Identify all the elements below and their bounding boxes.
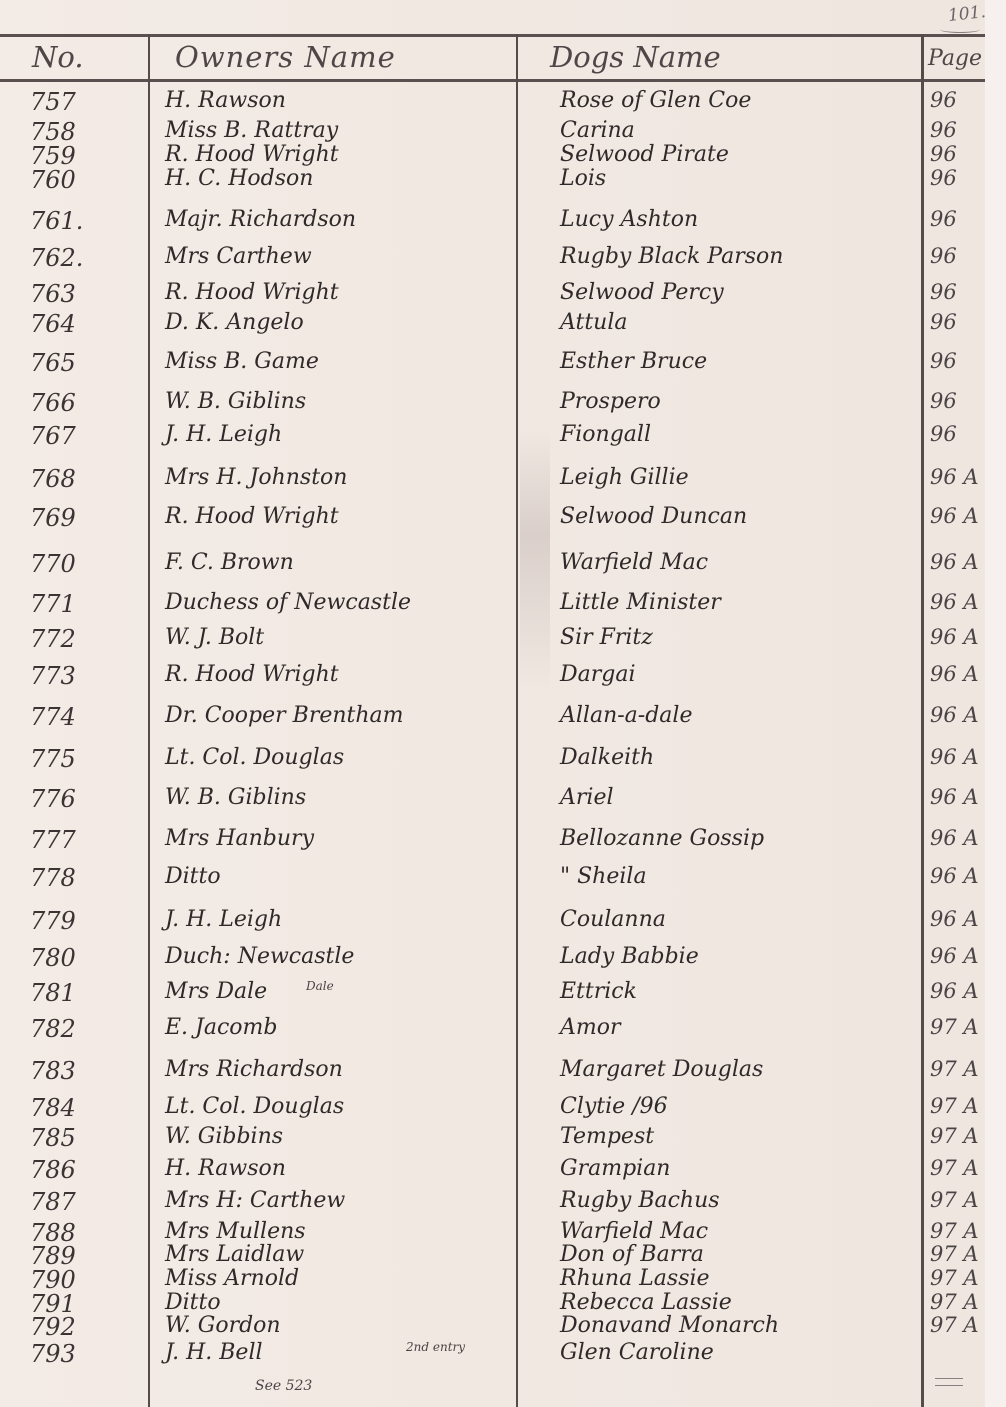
page-reference: 96 xyxy=(930,166,957,190)
ledger-row: 767J. H. LeighFiongall96 xyxy=(0,422,985,452)
dog-name: Warfield Mac xyxy=(560,550,708,575)
dog-name: Bellozanne Gossip xyxy=(560,826,764,851)
dog-name: Rugby Black Parson xyxy=(560,244,783,269)
owner-name: W. J. Bolt xyxy=(165,625,264,650)
owner-name: Ditto xyxy=(165,864,221,889)
page-reference: 97 A xyxy=(930,1015,979,1039)
owner-name: Mrs Carthew xyxy=(165,244,312,269)
entry-number: 767 xyxy=(30,422,76,450)
ledger-row: 769R. Hood WrightSelwood Duncan96 A xyxy=(0,504,985,534)
owner-name: D. K. Angelo xyxy=(165,310,304,335)
page-reference: 96 xyxy=(930,142,957,166)
column-header-no: No. xyxy=(32,40,84,78)
owner-name: J. H. Leigh xyxy=(165,907,282,932)
page-reference: 97 A xyxy=(930,1313,979,1337)
dog-name: Allan-a-dale xyxy=(560,703,692,728)
entry-number: 787 xyxy=(30,1188,76,1216)
ledger-row: 777Mrs HanburyBellozanne Gossip96 A xyxy=(0,826,985,856)
page-reference: 97 A xyxy=(930,1242,979,1266)
owner-name: W. Gordon xyxy=(165,1313,281,1338)
entry-number: 757 xyxy=(30,88,76,116)
dog-name: Little Minister xyxy=(560,590,721,615)
owner-name: Miss B. Rattray xyxy=(165,118,338,143)
column-header-dog: Dogs Name xyxy=(550,40,721,78)
owner-name: R. Hood Wright xyxy=(165,504,339,529)
entry-number: 776 xyxy=(30,785,76,813)
owner-name: Lt. Col. Douglas xyxy=(165,1094,344,1119)
dog-name: Tempest xyxy=(560,1124,654,1149)
ledger-row: 765Miss B. GameEsther Bruce96 xyxy=(0,349,985,379)
page-reference: 96 A xyxy=(930,745,979,769)
dog-name: Selwood Pirate xyxy=(560,142,729,167)
owner-name: E. Jacomb xyxy=(165,1015,278,1040)
ledger-row: 766W. B. GiblinsProspero96 xyxy=(0,389,985,419)
owner-name: H. Rawson xyxy=(165,1156,286,1181)
page-reference: 97 A xyxy=(930,1290,979,1314)
owner-annotation: 2nd entry xyxy=(406,1340,465,1354)
owner-name: Mrs H: Carthew xyxy=(165,1188,345,1213)
dog-name: Rugby Bachus xyxy=(560,1188,720,1213)
owner-name: R. Hood Wright xyxy=(165,662,339,687)
owner-name: Mrs Richardson xyxy=(165,1057,343,1082)
page-reference: 96 A xyxy=(930,590,979,614)
dog-name: Selwood Percy xyxy=(560,280,724,305)
owner-name: R. Hood Wright xyxy=(165,280,339,305)
owner-name: J. H. Bell xyxy=(165,1340,263,1365)
owner-name: H. C. Hodson xyxy=(165,166,313,191)
dog-name: Don of Barra xyxy=(560,1242,704,1267)
owner-name: F. C. Brown xyxy=(165,550,294,575)
dog-name: Attula xyxy=(560,310,628,335)
owner-name: Mrs Hanbury xyxy=(165,826,314,851)
entry-number: 781 xyxy=(30,979,76,1007)
dog-name: Dargai xyxy=(560,662,636,687)
dog-name: Selwood Duncan xyxy=(560,504,747,529)
ledger-row: 757H. RawsonRose of Glen Coe96 xyxy=(0,88,985,118)
page-reference: 97 A xyxy=(930,1057,979,1081)
dog-name: Donavand Monarch xyxy=(560,1313,779,1338)
entry-number: 784 xyxy=(30,1094,76,1122)
dog-name: Fiongall xyxy=(560,422,651,447)
dog-name: Rebecca Lassie xyxy=(560,1290,732,1315)
page-reference: 96 xyxy=(930,88,957,112)
page-reference: 96 A xyxy=(930,703,979,727)
page-reference: 96 xyxy=(930,244,957,268)
owner-name: Mrs Mullens xyxy=(165,1219,306,1244)
dog-name: Sir Fritz xyxy=(560,625,653,650)
dog-name: Lady Babbie xyxy=(560,944,699,969)
ledger-row: 768Mrs H. JohnstonLeigh Gillie96 A xyxy=(0,465,985,495)
page-reference: 97 A xyxy=(930,1156,979,1180)
ledger-row: 787Mrs H: CarthewRugby Bachus97 A xyxy=(0,1188,985,1218)
page-reference: 96 xyxy=(930,207,957,231)
end-mark xyxy=(935,1378,963,1386)
dog-name: Carina xyxy=(560,118,635,143)
page-reference: 96 xyxy=(930,349,957,373)
entry-number: 762. xyxy=(30,244,83,272)
owner-name: Ditto xyxy=(165,1290,221,1315)
page-reference: 96 xyxy=(930,280,957,304)
entry-number: 782 xyxy=(30,1015,76,1043)
ledger-row: 764D. K. AngeloAttula96 xyxy=(0,310,985,340)
ledger-page: 101. No. Owners Name Dogs Name Page 757H… xyxy=(0,0,1006,1407)
footer-note: See 523 xyxy=(255,1378,312,1394)
dog-name: Rhuna Lassie xyxy=(560,1266,710,1291)
dog-name: Esther Bruce xyxy=(560,349,707,374)
owner-name: R. Hood Wright xyxy=(165,142,339,167)
entry-number: 760 xyxy=(30,166,76,194)
owner-name: Lt. Col. Douglas xyxy=(165,745,344,770)
ledger-row: 781Mrs DaleDaleEttrick96 A xyxy=(0,979,985,1009)
owner-name: Mrs Laidlaw xyxy=(165,1242,304,1267)
ledger-row: 779J. H. LeighCoulanna96 A xyxy=(0,907,985,937)
column-header-owner: Owners Name xyxy=(175,40,396,78)
entry-number: 775 xyxy=(30,745,76,773)
page-reference: 96 xyxy=(930,118,957,142)
owner-name: W. Gibbins xyxy=(165,1124,283,1149)
owner-annotation: Dale xyxy=(306,979,334,993)
dog-name: Ariel xyxy=(560,785,614,810)
paper-edge xyxy=(985,0,1006,1407)
dog-name: Dalkeith xyxy=(560,745,654,770)
ledger-row: 763R. Hood WrightSelwood Percy96 xyxy=(0,280,985,310)
ledger-row: 782E. JacombAmor97 A xyxy=(0,1015,985,1045)
page-reference: 96 A xyxy=(930,979,979,1003)
dog-name: Warfield Mac xyxy=(560,1219,708,1244)
owner-name: Mrs Dale xyxy=(165,979,267,1004)
entry-number: 786 xyxy=(30,1156,76,1184)
entry-number: 773 xyxy=(30,662,76,690)
ledger-row: 762.Mrs CarthewRugby Black Parson96 xyxy=(0,244,985,274)
entry-number: 768 xyxy=(30,465,76,493)
entry-number: 771 xyxy=(30,590,76,618)
page-reference: 97 A xyxy=(930,1266,979,1290)
page-reference: 96 xyxy=(930,389,957,413)
page-reference: 96 A xyxy=(930,907,979,931)
page-reference: 96 A xyxy=(930,944,979,968)
ledger-row: 792W. GordonDonavand Monarch97 A xyxy=(0,1313,985,1343)
dog-name: Rose of Glen Coe xyxy=(560,88,751,113)
entry-number: 766 xyxy=(30,389,76,417)
dog-name: Margaret Douglas xyxy=(560,1057,763,1082)
dog-name: Coulanna xyxy=(560,907,666,932)
owner-name: W. B. Giblins xyxy=(165,785,306,810)
page-reference: 97 A xyxy=(930,1124,979,1148)
ledger-row: 780Duch: NewcastleLady Babbie96 A xyxy=(0,944,985,974)
owner-name: Duchess of Newcastle xyxy=(165,590,411,615)
entry-number: 774 xyxy=(30,703,76,731)
dog-name: Ettrick xyxy=(560,979,637,1004)
page-reference: 96 A xyxy=(930,785,979,809)
ledger-row: 776W. B. GiblinsAriel96 A xyxy=(0,785,985,815)
page-reference: 96 A xyxy=(930,625,979,649)
entry-number: 763 xyxy=(30,280,76,308)
page-reference: 96 A xyxy=(930,864,979,888)
owner-name: Duch: Newcastle xyxy=(165,944,354,969)
page-reference: 97 A xyxy=(930,1094,979,1118)
entry-number: 793 xyxy=(30,1340,76,1368)
owner-name: Majr. Richardson xyxy=(165,207,356,232)
ledger-row: 774Dr. Cooper BrenthamAllan-a-dale96 A xyxy=(0,703,985,733)
page-reference: 96 A xyxy=(930,550,979,574)
page-reference: 96 A xyxy=(930,662,979,686)
entry-number: 761. xyxy=(30,207,83,235)
entry-number: 778 xyxy=(30,864,76,892)
owner-name: Dr. Cooper Brentham xyxy=(165,703,404,728)
page-number: 101. xyxy=(947,2,987,26)
entry-number: 770 xyxy=(30,550,76,578)
dog-name: Glen Caroline xyxy=(560,1340,714,1365)
entry-number: 785 xyxy=(30,1124,76,1152)
ledger-row: 760H. C. HodsonLois96 xyxy=(0,166,985,196)
page-reference: 96 xyxy=(930,422,957,446)
page-reference: 96 A xyxy=(930,826,979,850)
page-number-flourish xyxy=(940,26,980,33)
ledger-row: 793J. H. Bell2nd entryGlen Caroline xyxy=(0,1340,985,1370)
page-reference: 96 A xyxy=(930,504,979,528)
entry-number: 779 xyxy=(30,907,76,935)
dog-name: " Sheila xyxy=(560,864,647,889)
entry-number: 769 xyxy=(30,504,76,532)
ledger-row: 772W. J. BoltSir Fritz96 A xyxy=(0,625,985,655)
dog-name: Clytie /96 xyxy=(560,1094,668,1119)
owner-name: H. Rawson xyxy=(165,88,286,113)
entry-number: 765 xyxy=(30,349,76,377)
entry-number: 764 xyxy=(30,310,76,338)
page-reference: 97 A xyxy=(930,1188,979,1212)
ledger-row: 773R. Hood WrightDargai96 A xyxy=(0,662,985,692)
dog-name: Grampian xyxy=(560,1156,670,1181)
owner-name: Miss Arnold xyxy=(165,1266,299,1291)
owner-name: J. H. Leigh xyxy=(165,422,282,447)
ledger-row: 784Lt. Col. DouglasClytie /9697 A xyxy=(0,1094,985,1124)
entry-number: 783 xyxy=(30,1057,76,1085)
page-reference: 97 A xyxy=(930,1219,979,1243)
dog-name: Amor xyxy=(560,1015,621,1040)
dog-name: Leigh Gillie xyxy=(560,465,689,490)
entry-number: 780 xyxy=(30,944,76,972)
ledger-row: 785W. GibbinsTempest97 A xyxy=(0,1124,985,1154)
entry-number: 772 xyxy=(30,625,76,653)
owner-name: W. B. Giblins xyxy=(165,389,306,414)
ledger-row: 770F. C. BrownWarfield Mac96 A xyxy=(0,550,985,580)
ledger-row: 761.Majr. RichardsonLucy Ashton96 xyxy=(0,207,985,237)
entry-number: 792 xyxy=(30,1313,76,1341)
entry-number: 777 xyxy=(30,826,76,854)
owner-name: Mrs H. Johnston xyxy=(165,465,347,490)
page-reference: 96 xyxy=(930,310,957,334)
page-reference: 96 A xyxy=(930,465,979,489)
ledger-row: 771Duchess of NewcastleLittle Minister96… xyxy=(0,590,985,620)
dog-name: Prospero xyxy=(560,389,661,414)
column-header-page: Page xyxy=(928,46,982,84)
owner-name: Miss B. Game xyxy=(165,349,319,374)
dog-name: Lois xyxy=(560,166,606,191)
dog-name: Lucy Ashton xyxy=(560,207,698,232)
ledger-row: 775Lt. Col. DouglasDalkeith96 A xyxy=(0,745,985,775)
ledger-row: 786H. RawsonGrampian97 A xyxy=(0,1156,985,1186)
ledger-row: 778Ditto" Sheila96 A xyxy=(0,864,985,894)
ledger-row: 783Mrs RichardsonMargaret Douglas97 A xyxy=(0,1057,985,1087)
